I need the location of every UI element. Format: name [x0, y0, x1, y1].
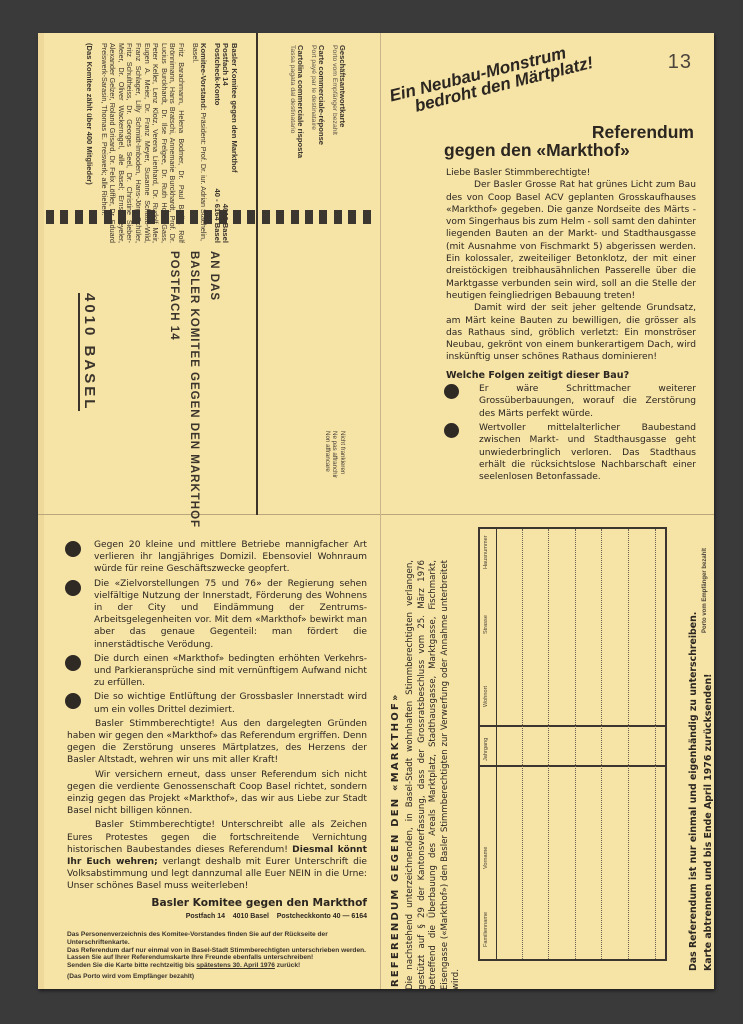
committee-city: 4010 Basel [221, 204, 230, 243]
bullet-text: Gegen 20 kleine und mittlere Betriebe ma… [94, 539, 367, 576]
section-question: Welche Folgen zeitigt dieser Bau? [446, 370, 696, 382]
paragraph: Basler Stimmberechtigte! Aus den dargele… [67, 718, 367, 767]
deadline-date: spätestens 30. April 1976 [196, 962, 275, 969]
paragraph: Wir versichern erneut, dass unser Refere… [67, 769, 367, 818]
fine-deadline: Senden Sie die Karte bitte rechtzeitig b… [67, 962, 367, 970]
headline-line-1: Referendum [444, 123, 694, 141]
reply-type-fr-sub: Port payé par le destinataire [309, 45, 317, 158]
bullet-item: Die «Zielvorstellungen 75 und 76» der Re… [67, 578, 367, 651]
fine-line: Das Referendum darf nur einmal von in Ba… [67, 947, 367, 955]
reply-type-fr: Carte commerciale-réponse [317, 45, 325, 158]
form-porto-note: Porto vom Empfänger bezahlt [702, 548, 708, 633]
column-familienname: Familienname [483, 912, 489, 947]
fine-text: Senden Sie die Karte bitte rechtzeitig b… [67, 962, 196, 969]
reply-type-de: Geschäftsantwortkarte [338, 45, 346, 158]
column-vorname: Vorname [483, 847, 489, 869]
reply-type-it: Cartolina commerciale risposta [296, 45, 304, 158]
paragraph: Damit wird der seit jeher geltende Grund… [446, 302, 696, 363]
slogan: Ein Neubau-Monstrum bedroht den Märtplat… [388, 39, 595, 120]
greeting: Liebe Basler Stimmberechtigte! [446, 167, 696, 179]
bullet-item: Die durch einen «Markthof» bedingten erh… [67, 653, 367, 690]
fine-print: Das Personenverzeichnis des Komitee-Vors… [67, 931, 367, 980]
bullet-item: Wertvoller mittelalterlicher Baubestand … [446, 422, 696, 483]
address-line: AN DAS [204, 251, 224, 528]
column-hausnummer: Hausnummer [483, 535, 489, 569]
bullet-item: Er wäre Schrittmacher weiterer Grossüber… [446, 383, 696, 420]
no-stamp-it: Non affrancare [323, 431, 331, 478]
committee-name: Basler Komitee gegen den Markthof [229, 43, 238, 243]
bullet-text: Die durch einen «Markthof» bedingten erh… [94, 653, 367, 690]
fine-line: Lassen Sie auf Ihrer Referendumskarte Ih… [67, 954, 367, 962]
form-footer: Das Referendum ist nur einmal und eigenh… [686, 612, 716, 971]
bullet-text: Die «Zielvorstellungen 75 und 76» der Re… [94, 578, 367, 651]
bullet-text: Wertvoller mittelalterlicher Baubestand … [479, 423, 696, 482]
column-strasse: Strasse [483, 615, 489, 634]
committee-postfach: Postfach 14 [221, 43, 230, 86]
fine-line: Das Personenverzeichnis des Komitee-Vors… [67, 931, 367, 946]
reply-type-de-sub: Porto vom Empfänger bezahlt [330, 45, 338, 158]
signature-line[interactable] [548, 529, 549, 959]
front-body: Liebe Basler Stimmberechtigte! Der Basle… [446, 167, 696, 485]
signature-line[interactable] [522, 529, 523, 959]
no-stamp-fr: Ne pas affranchir [331, 431, 339, 478]
bullet-text: Die so wichtige Entlüftung der Grossbasl… [94, 691, 367, 715]
table-divider [480, 765, 665, 767]
board-members: Fritz Barachmann, Helena Bodmer, Dr. Pau… [99, 43, 185, 243]
form-title: REFERENDUM GEGEN DEN «MARKTHOF» [390, 692, 401, 987]
card-cut-line [256, 33, 258, 515]
signature: Basler Komitee gegen den Markthof [67, 897, 367, 909]
bullet-item: Die so wichtige Entlüftung der Grossbasl… [67, 691, 367, 715]
signature-address: Postfach 14 4010 Basel Postcheckkonto 40… [67, 911, 367, 923]
referendum-leaflet: Basler Komitee gegen den Markthof Postfa… [38, 33, 714, 989]
form-body: Die nachstehend unterzeichnenden, in Bas… [405, 560, 463, 990]
paragraph: Der Basler Grosse Rat hat grünes Licht z… [446, 179, 696, 302]
paragraph-appeal: Basler Stimmberechtigte! Unterschreibt a… [67, 819, 367, 892]
address-line: POSTFACH 14 [164, 251, 184, 528]
bullet-dot-icon [65, 541, 81, 557]
bullet-dot-icon [65, 655, 81, 671]
sheet-edge [38, 33, 44, 989]
bullet-dot-icon [444, 423, 459, 438]
board-label: Komitee-Vorstand: [199, 43, 208, 110]
no-stamp-note: Nicht frankieren Ne pas affranchir Non a… [323, 431, 346, 478]
bullet-text: Er wäre Schrittmacher weiterer Grossüber… [479, 384, 696, 419]
horizontal-fold-line [38, 514, 714, 515]
reply-type-it-sub: Tassa pagata dal destinatario [288, 45, 296, 158]
headline-line-2: gegen den «Markthof» [444, 141, 694, 159]
column-wohnort: Wohnort [483, 686, 489, 707]
signature-line[interactable] [601, 529, 602, 959]
form-footer-line-2: Karte abtrennen und bis Ende April 1976 … [701, 612, 716, 971]
reply-card-type: Geschäftsantwortkarte Porto vom Empfänge… [283, 45, 346, 158]
address-city: 4010 BASEL [78, 293, 98, 411]
signature-line[interactable] [628, 529, 629, 959]
column-jahrgang: Jahrgang [483, 738, 489, 761]
page-number: 13 [668, 51, 692, 74]
bullet-dot-icon [444, 384, 459, 399]
committee-info: Basler Komitee gegen den Markthof Postfa… [85, 43, 239, 243]
signature-line[interactable] [575, 529, 576, 959]
headline: Referendum gegen den «Markthof» [444, 123, 694, 159]
member-count-note: (Das Komitee zählt über 400 Mitglieder) [85, 43, 94, 243]
back-body: Gegen 20 kleine und mittlere Betriebe ma… [67, 539, 367, 980]
recipient-address: AN DAS BASLER KOMITEE GEGEN DEN MARKTHOF… [164, 251, 224, 528]
postcheck-value: 40 - 6164 Basel [212, 189, 221, 243]
bullet-item: Gegen 20 kleine und mittlere Betriebe ma… [67, 539, 367, 576]
table-divider [480, 725, 665, 727]
address-line: BASLER KOMITEE GEGEN DEN MARKTHOF [184, 251, 204, 528]
signature-line[interactable] [655, 529, 656, 959]
signature-table[interactable]: Familienname Vorname Jahrgang Wohnort St… [478, 527, 667, 961]
vertical-fold-line [380, 33, 381, 989]
form-footer-line-1: Das Referendum ist nur einmal und eigenh… [686, 612, 701, 971]
bullet-dot-icon [65, 580, 81, 596]
no-stamp-de: Nicht frankieren [338, 431, 346, 478]
fine-text: zurück! [275, 962, 300, 969]
bullet-dot-icon [65, 693, 81, 709]
fine-line: (Das Porto wird vom Empfänger bezahlt) [67, 973, 367, 981]
postcheck-label: Postcheck-Konto [212, 43, 221, 105]
